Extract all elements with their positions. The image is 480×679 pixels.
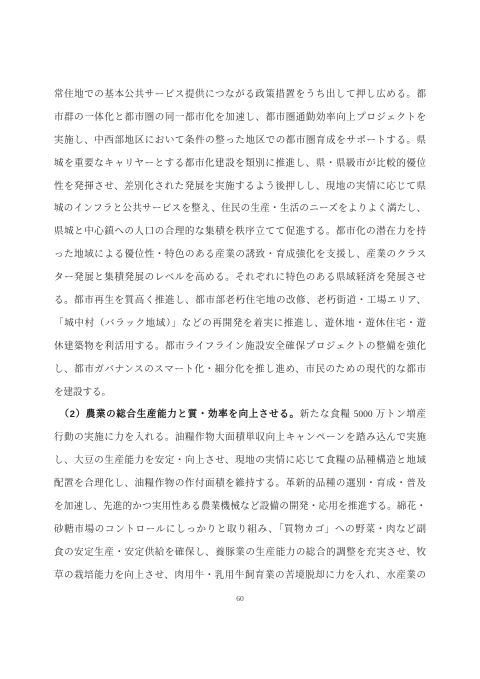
- text-line: 常住地での基本公共サービス提供につながる政策措置をうち出して押し広める。都: [54, 84, 426, 107]
- body-text: し、都市ガバナンスのスマート化・細分化を推し進め、市民のための現代的な都市: [54, 365, 426, 375]
- section-heading-text: （2）農業の総合生産能力と質・効率を向上させる。: [54, 409, 300, 420]
- text-line: 城を重要なキャリヤーとする都市化建設を類別に推進し、県・県級市が比較的優位: [54, 153, 426, 176]
- body-text: 性を発揮させ、差別化された発展を実施するよう後押しし、現地の実情に応じて県: [54, 182, 426, 192]
- text-line: （2）農業の総合生産能力と質・効率を向上させる。新たな食糧 5000 万トン増産: [54, 404, 426, 427]
- body-text: し、大豆の生産能力を安定・向上させ、現地の実情に応じて食糧の品種構造と地域: [54, 456, 426, 466]
- body-text: 「城中村（バラック地域）」などの再開発を着実に推進し、遊休地・遊休住宅・遊: [54, 319, 426, 329]
- page-number-label: 60: [0, 594, 480, 603]
- text-line: る。都市再生を質高く推進し、都市部老朽住宅地の改修、老朽街道・工場エリア、: [54, 290, 426, 313]
- text-line: 食の安定生産・安定供給を確保し、養豚業の生産能力の総合的調整を充実させ、牧: [54, 542, 426, 565]
- text-line: し、大豆の生産能力を安定・向上させ、現地の実情に応じて食糧の品種構造と地域: [54, 450, 426, 473]
- text-line: 配置を合理化し、油糧作物の作付面積を維持する。革新的品種の選別・育成・普及: [54, 473, 426, 496]
- text-line: 行動の実施に力を入れる。油糧作物大面積単収向上キャンペーンを踏み込んで実施: [54, 427, 426, 450]
- body-text: 休建築物を利活用する。都市ライフライン施設安全確保プロジェクトの整備を強化: [54, 342, 426, 352]
- body-text: 砂糖市場のコントロールにしっかりと取り組み、「買物カゴ」への野菜・肉など副: [54, 525, 426, 535]
- text-line: を加速し、先進的かつ実用性ある農業機械など設備の開発・応用を推進する。綿花・: [54, 496, 426, 519]
- body-text: 常住地での基本公共サービス提供につながる政策措置をうち出して押し広める。都: [54, 90, 426, 100]
- body-text: 県城と中心鎮への人口の合理的な集積を秩序立てて促進する。都市化の潜在力を持: [54, 227, 426, 237]
- body-text: った地域による優位性・特色のある産業の誘致・育成強化を支援し、産業のクラス: [54, 250, 426, 260]
- body-text: 食の安定生産・安定供給を確保し、養豚業の生産能力の総合的調整を充実させ、牧: [54, 548, 426, 558]
- text-line: 性を発揮させ、差別化された発展を実施するよう後押しし、現地の実情に応じて県: [54, 176, 426, 199]
- text-line: 県城と中心鎮への人口の合理的な集積を秩序立てて促進する。都市化の潜在力を持: [54, 221, 426, 244]
- body-text: 城のインフラと公共サービスを整え、住民の生産・生活のニーズをよりよく満たし、: [54, 204, 426, 214]
- text-line: 市群の一体化と都市圏の同一都市化を加速し、都市圏通勤効率向上プロジェクトを: [54, 107, 426, 130]
- body-text: を加速し、先進的かつ実用性ある農業機械など設備の開発・応用を推進する。綿花・: [54, 502, 426, 512]
- document-body: 常住地での基本公共サービス提供につながる政策措置をうち出して押し広める。都市群の…: [54, 84, 426, 588]
- text-line: 城のインフラと公共サービスを整え、住民の生産・生活のニーズをよりよく満たし、: [54, 198, 426, 221]
- body-text: 行動の実施に力を入れる。油糧作物大面積単収向上キャンペーンを踏み込んで実施: [54, 433, 426, 443]
- body-text: ター発展と集積発展のレベルを高める。それぞれに特色のある県域経済を発展させ: [54, 273, 426, 283]
- text-line: 実施し、中西部地区において条件の整った地区での都市圏育成をサポートする。県: [54, 130, 426, 153]
- body-text: 実施し、中西部地区において条件の整った地区での都市圏育成をサポートする。県: [54, 136, 426, 146]
- body-text: 新たな食糧 5000 万トン増産: [300, 410, 426, 420]
- text-line: し、都市ガバナンスのスマート化・細分化を推し進め、市民のための現代的な都市: [54, 359, 426, 382]
- text-line: 「城中村（バラック地域）」などの再開発を着実に推進し、遊休地・遊休住宅・遊: [54, 313, 426, 336]
- body-text: 市群の一体化と都市圏の同一都市化を加速し、都市圏通勤効率向上プロジェクトを: [54, 113, 426, 123]
- text-line: った地域による優位性・特色のある産業の誘致・育成強化を支援し、産業のクラス: [54, 244, 426, 267]
- text-line: を建設する。: [54, 382, 426, 405]
- body-text: る。都市再生を質高く推進し、都市部老朽住宅地の改修、老朽街道・工場エリア、: [54, 296, 426, 306]
- body-text: 城を重要なキャリヤーとする都市化建設を類別に推進し、県・県級市が比較的優位: [54, 159, 426, 169]
- body-text: を建設する。: [54, 388, 111, 398]
- body-text: 配置を合理化し、油糧作物の作付面積を維持する。革新的品種の選別・育成・普及: [54, 479, 426, 489]
- text-line: ター発展と集積発展のレベルを高める。それぞれに特色のある県域経済を発展させ: [54, 267, 426, 290]
- text-line: 草の栽培能力を向上させ、肉用牛・乳用牛飼育業の苦境脱却に力を入れ、水産業の: [54, 565, 426, 588]
- text-line: 休建築物を利活用する。都市ライフライン施設安全確保プロジェクトの整備を強化: [54, 336, 426, 359]
- document-page: 常住地での基本公共サービス提供につながる政策措置をうち出して押し広める。都市群の…: [0, 0, 480, 679]
- text-line: 砂糖市場のコントロールにしっかりと取り組み、「買物カゴ」への野菜・肉など副: [54, 519, 426, 542]
- body-text: 草の栽培能力を向上させ、肉用牛・乳用牛飼育業の苦境脱却に力を入れ、水産業の: [54, 571, 426, 581]
